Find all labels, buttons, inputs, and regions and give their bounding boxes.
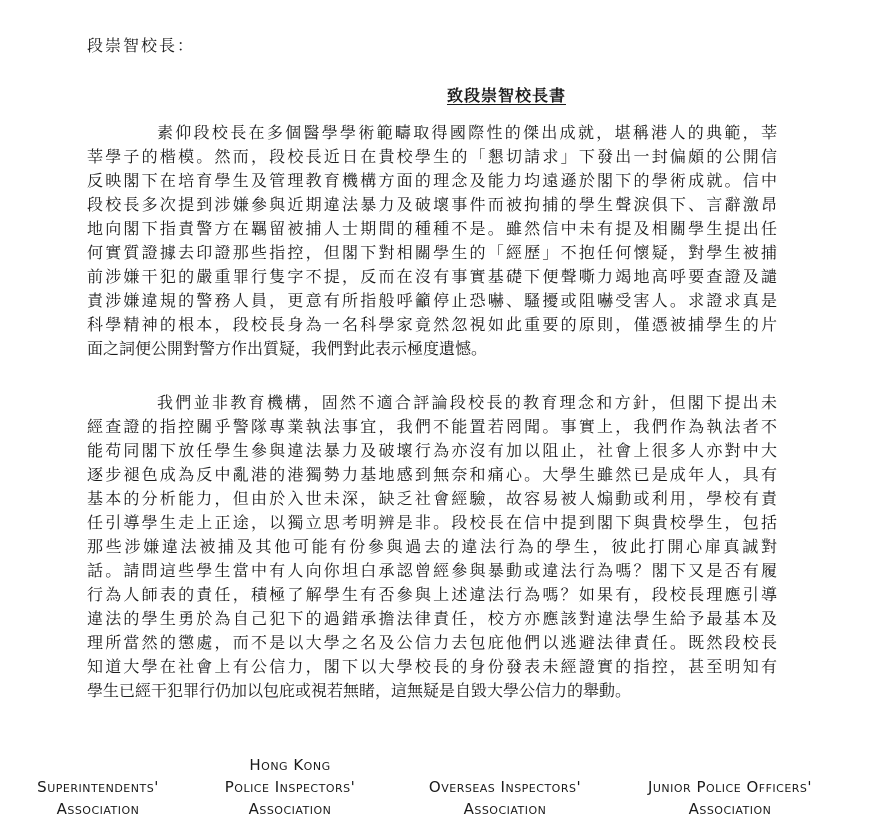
signatory-line: Police Inspectors' — [205, 776, 375, 798]
paragraph-line: 任引導學生走上正途，以獨立思考明辨是非。段校長在信中提到閣下與貴校學生，包括 — [87, 511, 777, 535]
signatory-line: Association — [205, 798, 375, 814]
signatory-line: Junior Police Officers' — [625, 776, 835, 798]
signatory-line: Hong Kong — [205, 754, 375, 776]
paragraph-line: 行為人師表的責任，積極了解學生有否參與上述違法行為嗎？如果有，段校長理應引導 — [87, 583, 777, 607]
signatory-line: Overseas Inspectors' — [410, 776, 600, 798]
paragraph-2: 我們並非教育機構，固然不適合評論段校長的教育理念和方針，但閣下提出未 經查證的指… — [87, 391, 777, 703]
signatory-line: Superintendents' — [18, 776, 178, 798]
letter-title-text: 致段崇智校長書 — [447, 86, 566, 105]
paragraph-line: 反映閣下在培育學生及管理教育機構方面的理念及能力均遠遜於閣下的學術成就。信中 — [87, 169, 777, 193]
signatory-superintendents-association: Superintendents' Association — [18, 776, 178, 814]
paragraph-line: 科學精神的根本，段校長身為一名科學家竟然忽視如此重要的原則，僅憑被捕學生的片 — [87, 313, 777, 337]
paragraph-line: 知道大學在社會上有公信力，閣下以大學校長的身份發表未經證實的指控，甚至明知有 — [87, 655, 777, 679]
paragraph-line: 何實質證據去印證那些指控，但閣下對相關學生的「經歷」不抱任何懷疑，對學生被捕 — [87, 241, 777, 265]
paragraph-line: 學生已經干犯罪行仍加以包庇或視若無睹，這無疑是自毀大學公信力的舉動。 — [87, 679, 777, 703]
paragraph-line: 經查證的指控關乎警隊專業執法事宜，我們不能置若罔聞。事實上，我們作為執法者不 — [87, 415, 777, 439]
paragraph-line: 我們並非教育機構，固然不適合評論段校長的教育理念和方針，但閣下提出未 — [87, 391, 777, 415]
paragraph-line: 莘學子的楷模。然而，段校長近日在貴校學生的「懇切請求」下發出一封偏頗的公開信 — [87, 145, 777, 169]
letter-title: 致段崇智校長書 — [0, 86, 881, 106]
signatory-line: Association — [410, 798, 600, 814]
signatories: Superintendents' Association Hong Kong P… — [0, 748, 881, 814]
paragraph-line: 基本的分析能力，但由於入世未深，缺乏社會經驗，故容易被人煽動或利用，學校有責 — [87, 487, 777, 511]
paragraph-line: 面之詞便公開對警方作出質疑，我們對此表示極度遺憾。 — [87, 337, 777, 361]
paragraph-1: 素仰段校長在多個醫學學術範疇取得國際性的傑出成就，堪稱港人的典範，莘 莘學子的楷… — [87, 121, 777, 361]
signatory-junior-police-officers-association: Junior Police Officers' Association — [625, 776, 835, 814]
paragraph-line: 地向閣下指責警方在羈留被捕人士期間的種種不是。雖然信中未有提及相關學生提出任 — [87, 217, 777, 241]
paragraph-line: 段校長多次提到涉嫌參與近期違法暴力及破壞事件而被拘捕的學生聲淚俱下、言辭激昂 — [87, 193, 777, 217]
signatory-line: Association — [625, 798, 835, 814]
paragraph-line: 前涉嫌干犯的嚴重罪行隻字不提，反而在沒有事實基礎下便聲嘶力竭地高呼要查證及譴 — [87, 265, 777, 289]
paragraph-line: 逐步褪色成為反中亂港的港獨勢力基地感到無奈和痛心。大學生雖然已是成年人，具有 — [87, 463, 777, 487]
signatory-overseas-inspectors-association: Overseas Inspectors' Association — [410, 776, 600, 814]
paragraph-line: 能苟同閣下放任學生參與違法暴力及破壞行為亦沒有加以阻止，社會上很多人亦對中大 — [87, 439, 777, 463]
signatory-police-inspectors-association: Hong Kong Police Inspectors' Association — [205, 754, 375, 814]
paragraph-line: 素仰段校長在多個醫學學術範疇取得國際性的傑出成就，堪稱港人的典範，莘 — [87, 121, 777, 145]
paragraph-line: 話。請問這些學生當中有人向你坦白承認曾經參與暴動或違法行為嗎？閣下又是否有履 — [87, 559, 777, 583]
paragraph-line: 違法的學生勇於為自己犯下的過錯承擔法律責任，校方亦應該對違法學生給予最基本及 — [87, 607, 777, 631]
signatory-line: Association — [18, 798, 178, 814]
paragraph-line: 責涉嫌違規的警務人員，更意有所指般呼籲停止恐嚇、騷擾或阻嚇受害人。求證求真是 — [87, 289, 777, 313]
salutation: 段崇智校長： — [87, 36, 195, 56]
paragraph-line: 那些涉嫌違法被捕及其他可能有份參與過去的違法行為的學生，彼此打開心扉真誠對 — [87, 535, 777, 559]
paragraph-line: 理所當然的懲處，而不是以大學之名及公信力去包庇他們以逃避法律責任。既然段校長 — [87, 631, 777, 655]
